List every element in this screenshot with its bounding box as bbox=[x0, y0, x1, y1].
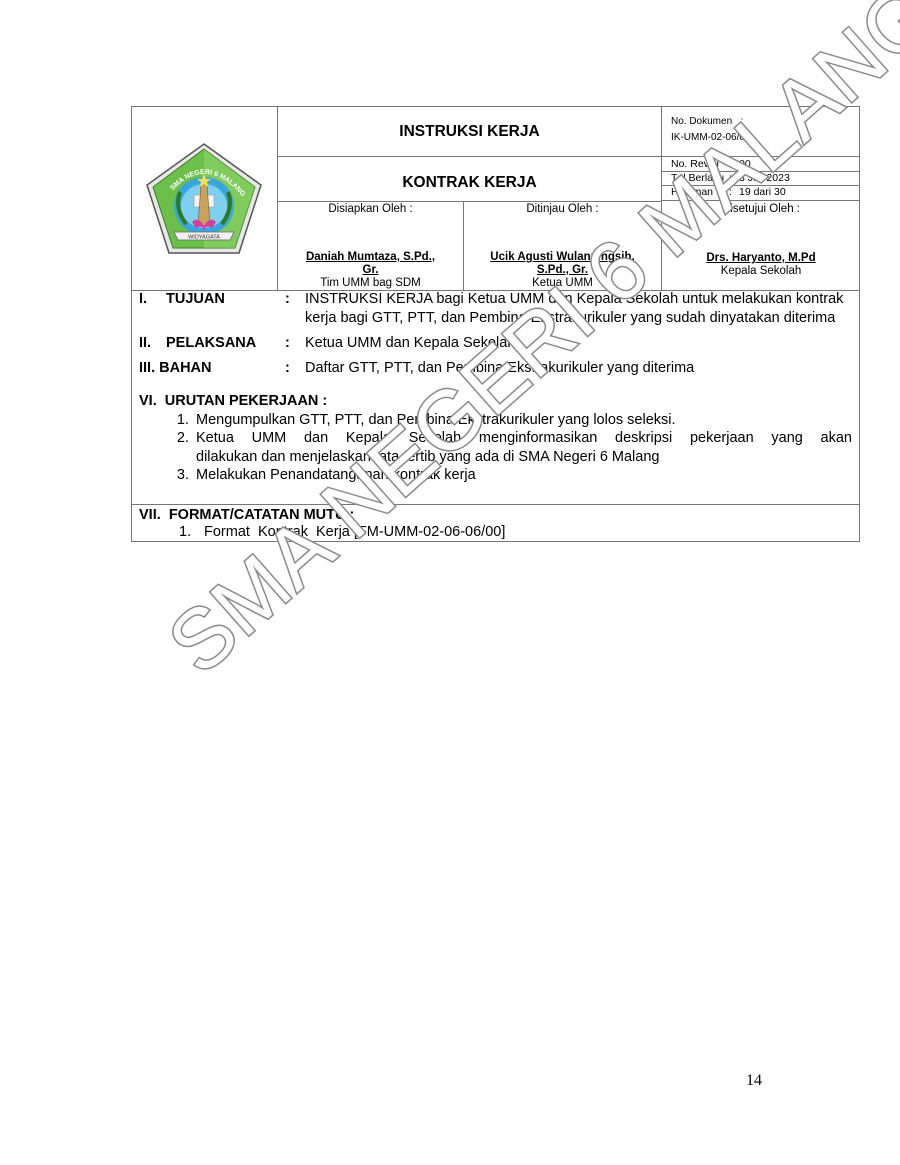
meta-value: 19 dari 30 bbox=[739, 186, 786, 198]
section-pelaksana: II.PELAKSANA : Ketua UMM dan Kepala Seko… bbox=[132, 334, 859, 353]
section-tujuan: I.TUJUAN : INSTRUKSI KERJA bagi Ketua UM… bbox=[132, 290, 859, 327]
step-item: 2.Ketua UMM dan Kepala Sekolah menginfor… bbox=[139, 429, 852, 466]
meta-value: 3 Juli 2023 bbox=[739, 172, 790, 184]
meta-label: Halaman bbox=[671, 185, 729, 199]
section-label: TUJUAN bbox=[166, 291, 225, 307]
school-crest-logo-icon: WIDYAGATA SMA NEGERI 6 MALANG bbox=[144, 140, 264, 260]
svg-text:WIDYAGATA: WIDYAGATA bbox=[188, 235, 220, 241]
section-label: BAHAN bbox=[159, 360, 211, 376]
effective-date-row: Tgl Berlaku:3 Juli 2023 bbox=[662, 171, 860, 186]
section-heading: VII. FORMAT/CATATAN MUTU : bbox=[139, 507, 852, 524]
signatory-name: Drs. Haryanto, M.Pd bbox=[662, 252, 860, 265]
document-number-cell: No. Dokumen : IK-UMM-02-06/00 bbox=[662, 107, 860, 157]
signatory-position: Tim UMM bag SDM bbox=[278, 277, 463, 289]
signatory-name: Daniah Mumtaza, S.Pd.,Gr. bbox=[278, 251, 463, 277]
page-count-row: Halaman:19 dari 30 bbox=[662, 185, 860, 201]
step-list: 1.Mengumpulkan GTT, PTT, dan Pembina Eks… bbox=[139, 411, 852, 485]
work-instruction-document: WIDYAGATA SMA NEGERI 6 MALANG INSTRUKSI … bbox=[131, 106, 860, 542]
signature-role: Disiapkan Oleh : bbox=[278, 203, 463, 215]
prepared-by-cell: Disiapkan Oleh : Daniah Mumtaza, S.Pd.,G… bbox=[278, 201, 464, 290]
document-header: WIDYAGATA SMA NEGERI 6 MALANG INSTRUKSI … bbox=[132, 107, 859, 291]
format-item: 1.Format Kontrak Kerja [FM-UMM-02-06-06/… bbox=[139, 524, 852, 541]
logo-cell: WIDYAGATA SMA NEGERI 6 MALANG bbox=[132, 107, 278, 290]
reviewed-by-cell: Ditinjau Oleh : Ucik Agusti Wulanningsih… bbox=[464, 201, 662, 290]
section-label: PELAKSANA bbox=[166, 335, 256, 351]
meta-value: 00 bbox=[739, 158, 751, 170]
section-bahan: III.BAHAN : Daftar GTT, PTT, dan Pembina… bbox=[132, 359, 859, 378]
revision-row: No. Revisi:00 bbox=[662, 157, 860, 172]
section-heading: VI. URUTAN PEKERJAAN : bbox=[139, 392, 852, 411]
section-text: Ketua UMM dan Kepala Sekolah bbox=[305, 334, 859, 353]
meta-label: Tgl Berlaku bbox=[671, 171, 729, 185]
page-number: 14 bbox=[746, 1072, 762, 1090]
step-item: 3.Melakukan Penandatanganan kontrak kerj… bbox=[139, 466, 852, 485]
section-urutan-pekerjaan: VI. URUTAN PEKERJAAN : 1.Mengumpulkan GT… bbox=[132, 392, 859, 504]
signatory-position: Kepala Sekolah bbox=[662, 265, 860, 277]
section-text: Daftar GTT, PTT, dan Pembina Ekstrakurik… bbox=[305, 359, 859, 378]
section-format-catatan-mutu: VII. FORMAT/CATATAN MUTU : 1.Format Kont… bbox=[132, 504, 859, 541]
meta-label: No. Revisi bbox=[671, 157, 729, 171]
step-item: 1.Mengumpulkan GTT, PTT, dan Pembina Eks… bbox=[139, 411, 852, 430]
section-text: INSTRUKSI KERJA bagi Ketua UMM dan Kepal… bbox=[305, 290, 859, 327]
signatory-name: Ucik Agusti Wulanningsih,S.Pd., Gr. bbox=[464, 251, 661, 277]
document-type-title: INSTRUKSI KERJA bbox=[278, 107, 662, 157]
document-subject-title: KONTRAK KERJA bbox=[278, 157, 662, 202]
body-sections: I.TUJUAN : INSTRUKSI KERJA bagi Ketua UM… bbox=[132, 290, 859, 541]
document-number-value: IK-UMM-02-06/00 bbox=[671, 130, 860, 146]
approved-by-cell: Disetujui Oleh : Drs. Haryanto, M.Pd Kep… bbox=[662, 201, 860, 290]
signature-role: Disetujui Oleh : bbox=[662, 203, 860, 215]
document-number-label: No. Dokumen bbox=[671, 116, 732, 127]
signature-role: Ditinjau Oleh : bbox=[464, 203, 661, 215]
signatory-position: Ketua UMM bbox=[464, 277, 661, 289]
